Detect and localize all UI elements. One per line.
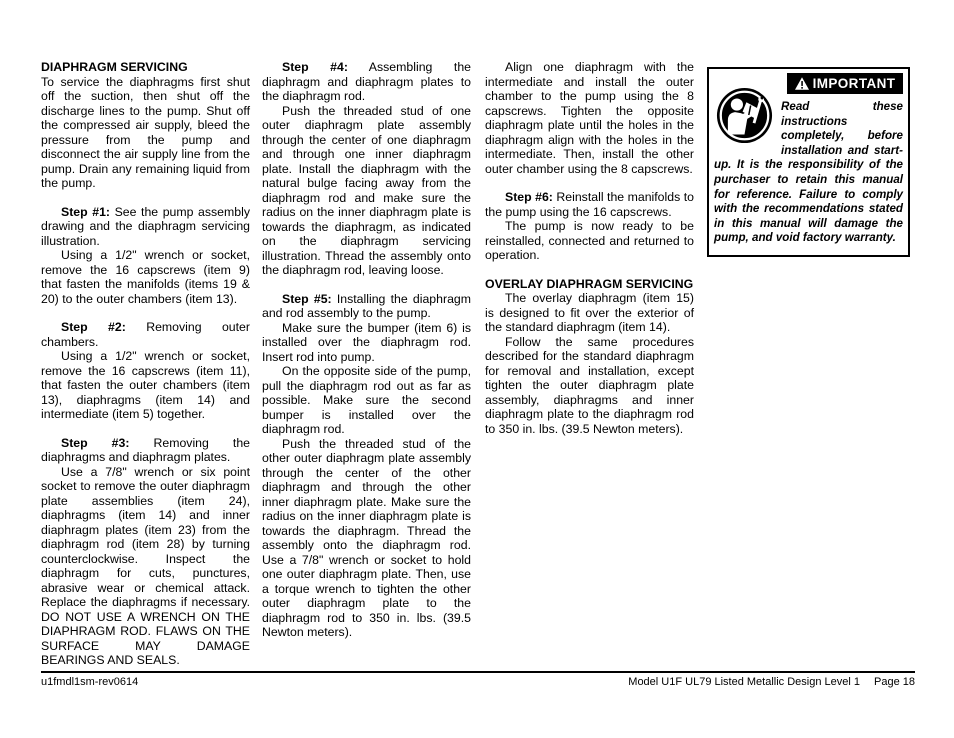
paragraph: Step #4: Assembling the diaphragm and di… xyxy=(262,60,471,104)
text-run: Using a 1/2" wrench or socket, remove th… xyxy=(41,248,250,306)
step-label: Step #3: xyxy=(61,436,129,450)
paragraph-spacer xyxy=(41,306,250,320)
paragraph: Step #5: Installing the diaphragm and ro… xyxy=(262,292,471,321)
read-manual-icon xyxy=(716,87,773,144)
text-run: Align one diaphragm with the intermediat… xyxy=(485,60,694,176)
text-run: Follow the same procedures described for… xyxy=(485,335,694,436)
important-header-bar: IMPORTANT xyxy=(787,73,903,94)
paragraph: Push the threaded stud of one outer diap… xyxy=(262,104,471,278)
paragraph-spacer xyxy=(41,191,250,205)
paragraph-spacer xyxy=(41,422,250,436)
section-heading: OVERLAY DIAPHRAGM SERVICING xyxy=(485,277,694,292)
important-title: IMPORTANT xyxy=(813,76,896,91)
text-column-2: Step #4: Assembling the diaphragm and di… xyxy=(262,60,471,640)
paragraph: Using a 1/2" wrench or socket, remove th… xyxy=(41,248,250,306)
text-run: Make sure the bumper (item 6) is install… xyxy=(262,321,471,364)
paragraph: Push the threaded stud of the other oute… xyxy=(262,437,471,640)
paragraph: Step #3: Removing the diaphragms and dia… xyxy=(41,436,250,465)
paragraph: Step #1: See the pump assembly drawing a… xyxy=(41,205,250,249)
paragraph: Step #6: Reinstall the manifolds to the … xyxy=(485,190,694,219)
paragraph: The pump is now ready to be reinstalled,… xyxy=(485,219,694,263)
paragraph: Use a 7/8" wrench or six point socket to… xyxy=(41,465,250,668)
footer-doc-code: u1fmdl1sm-rev0614 xyxy=(41,676,138,689)
step-label: Step #2: xyxy=(61,320,126,334)
footer: u1fmdl1sm-rev0614 Model U1F UL79 Listed … xyxy=(41,676,915,689)
text-run: On the opposite side of the pump, pull t… xyxy=(262,364,471,436)
text-run: The overlay diaphragm (item 15) is desig… xyxy=(485,291,694,334)
text-column-3: Align one diaphragm with the intermediat… xyxy=(485,60,694,436)
important-notice-box: IMPORTANT Read these instructions comple… xyxy=(707,67,910,257)
text-run: Push the threaded stud of the other oute… xyxy=(262,437,471,640)
paragraph: Align one diaphragm with the intermediat… xyxy=(485,60,694,176)
paragraph-spacer xyxy=(485,176,694,190)
text-run: Push the threaded stud of one outer diap… xyxy=(262,104,471,278)
paragraph: Make sure the bumper (item 6) is install… xyxy=(262,321,471,365)
section-heading: DIAPHRAGM SERVICING xyxy=(41,60,250,75)
step-label: Step #6: xyxy=(505,190,553,204)
footer-rule xyxy=(41,671,915,673)
footer-page-number: Page 18 xyxy=(874,676,915,688)
text-column-1: DIAPHRAGM SERVICINGTo service the diaphr… xyxy=(41,60,250,668)
step-label: Step #4: xyxy=(282,60,348,74)
paragraph: Using a 1/2" wrench or socket, remove th… xyxy=(41,349,250,422)
footer-right: Model U1F UL79 Listed Metallic Design Le… xyxy=(628,676,915,689)
paragraph: Step #2: Removing outer chambers. xyxy=(41,320,250,349)
text-run: To service the diaphragms first shut off… xyxy=(41,75,250,191)
paragraph: The overlay diaphragm (item 15) is desig… xyxy=(485,291,694,335)
footer-model-text: Model U1F UL79 Listed Metallic Design Le… xyxy=(628,676,860,688)
manual-page: DIAPHRAGM SERVICINGTo service the diaphr… xyxy=(0,0,954,738)
paragraph-spacer xyxy=(262,278,471,292)
paragraph: On the opposite side of the pump, pull t… xyxy=(262,364,471,437)
step-label: Step #1: xyxy=(61,205,110,219)
paragraph: Follow the same procedures described for… xyxy=(485,335,694,437)
paragraph: To service the diaphragms first shut off… xyxy=(41,75,250,191)
text-run: The pump is now ready to be reinstalled,… xyxy=(485,219,694,262)
warning-triangle-icon xyxy=(795,77,809,90)
text-run: Using a 1/2" wrench or socket, remove th… xyxy=(41,349,250,421)
text-run: Use a 7/8" wrench or six point socket to… xyxy=(41,465,250,668)
step-label: Step #5: xyxy=(282,292,332,306)
paragraph-spacer xyxy=(485,263,694,277)
